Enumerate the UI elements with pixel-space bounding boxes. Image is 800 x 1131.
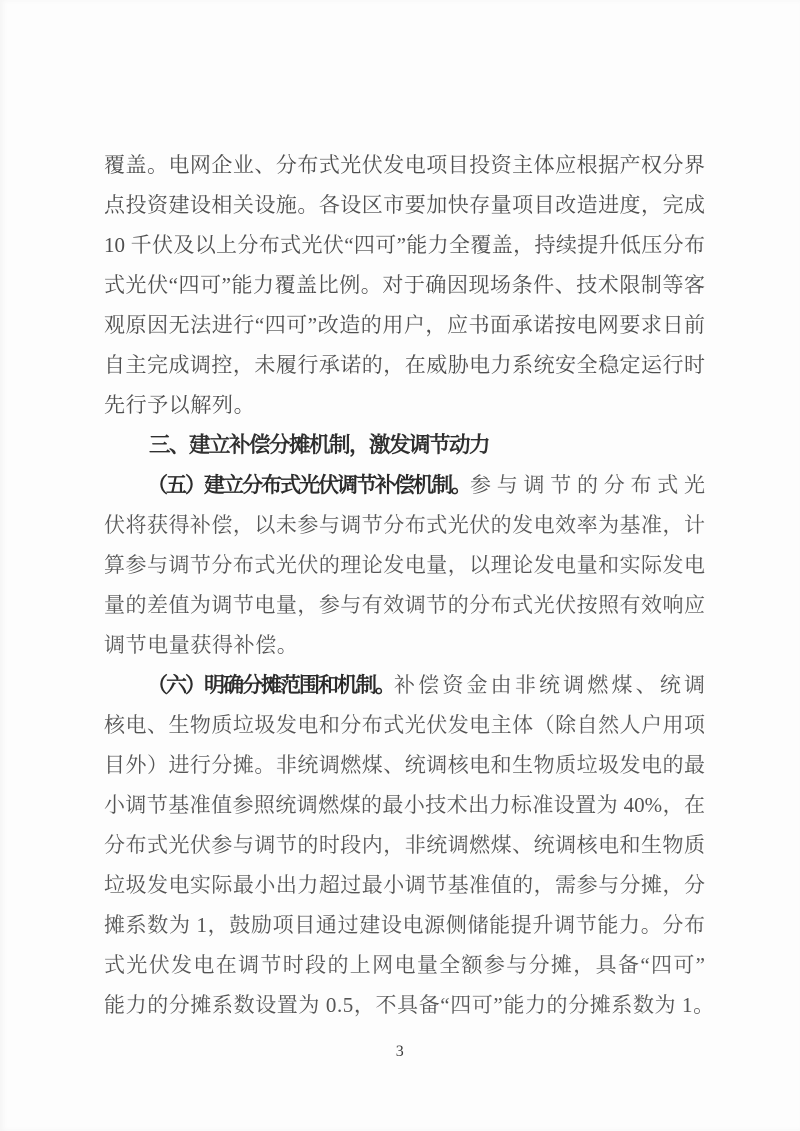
- body-line: 自主完成调控，未履行承诺的，在威胁电力系统安全稳定运行时: [104, 345, 705, 385]
- body-line: 式光伏发电在调节时段的上网电量全额参与分摊，具备“四可”: [104, 945, 705, 985]
- document-page: 覆盖。电网企业、分布式光伏发电项目投资主体应根据产权分界 点投资建设相关设施。各…: [0, 0, 800, 1131]
- body-line: 垃圾发电实际最小出力超过最小调节基准值的，需参与分摊，分: [104, 865, 705, 905]
- item5-heading: （五）建立分布式光伏调节补偿机制。: [147, 465, 470, 505]
- body-line: 量的差值为调节电量，参与有效调节的分布式光伏按照有效响应: [104, 585, 705, 625]
- body-line: 调节电量获得补偿。: [104, 625, 705, 665]
- body-line: 点投资建设相关设施。各设区市要加快存量项目改造进度，完成: [104, 185, 705, 225]
- item6-heading: （六）明确分摊范围和机制。: [147, 665, 394, 705]
- body-line: 算参与调节分布式光伏的理论发电量，以理论发电量和实际发电: [104, 545, 705, 585]
- body-line: 分布式光伏参与调节的时段内，非统调燃煤、统调核电和生物质: [104, 825, 705, 865]
- body-line: 目外）进行分摊。非统调燃煤、统调核电和生物质垃圾发电的最: [104, 745, 705, 785]
- page-number: 3: [0, 1043, 800, 1061]
- body-line-text: 补偿资金由非统调燃煤、统调: [394, 665, 705, 705]
- body-line: 摊系数为 1，鼓励项目通过建设电源侧储能提升调节能力。分布: [104, 905, 705, 945]
- body-line: 10 千伏及以上分布式光伏“四可”能力全覆盖，持续提升低压分布: [104, 225, 705, 265]
- body-line-text: 参与调节的分布式光: [470, 465, 705, 505]
- body-line: （六）明确分摊范围和机制。补偿资金由非统调燃煤、统调: [104, 665, 705, 705]
- body-line: 能力的分摊系数设置为 0.5，不具备“四可”能力的分摊系数为 1。: [104, 985, 705, 1025]
- section-heading: 三、建立补偿分摊机制，激发调节动力: [104, 425, 705, 465]
- body-line: 小调节基准值参照统调燃煤的最小技术出力标准设置为 40%，在: [104, 785, 705, 825]
- body-line: 伏将获得补偿，以未参与调节分布式光伏的发电效率为基准，计: [104, 505, 705, 545]
- body-line: 核电、生物质垃圾发电和分布式光伏发电主体（除自然人户用项: [104, 705, 705, 745]
- body-line: 式光伏“四可”能力覆盖比例。对于确因现场条件、技术限制等客: [104, 265, 705, 305]
- document-body: 覆盖。电网企业、分布式光伏发电项目投资主体应根据产权分界 点投资建设相关设施。各…: [104, 145, 705, 1025]
- body-line: 覆盖。电网企业、分布式光伏发电项目投资主体应根据产权分界: [104, 145, 705, 185]
- body-line: 观原因无法进行“四可”改造的用户，应书面承诺按电网要求日前: [104, 305, 705, 345]
- body-line: 先行予以解列。: [104, 385, 705, 425]
- body-line: （五）建立分布式光伏调节补偿机制。参与调节的分布式光: [104, 465, 705, 505]
